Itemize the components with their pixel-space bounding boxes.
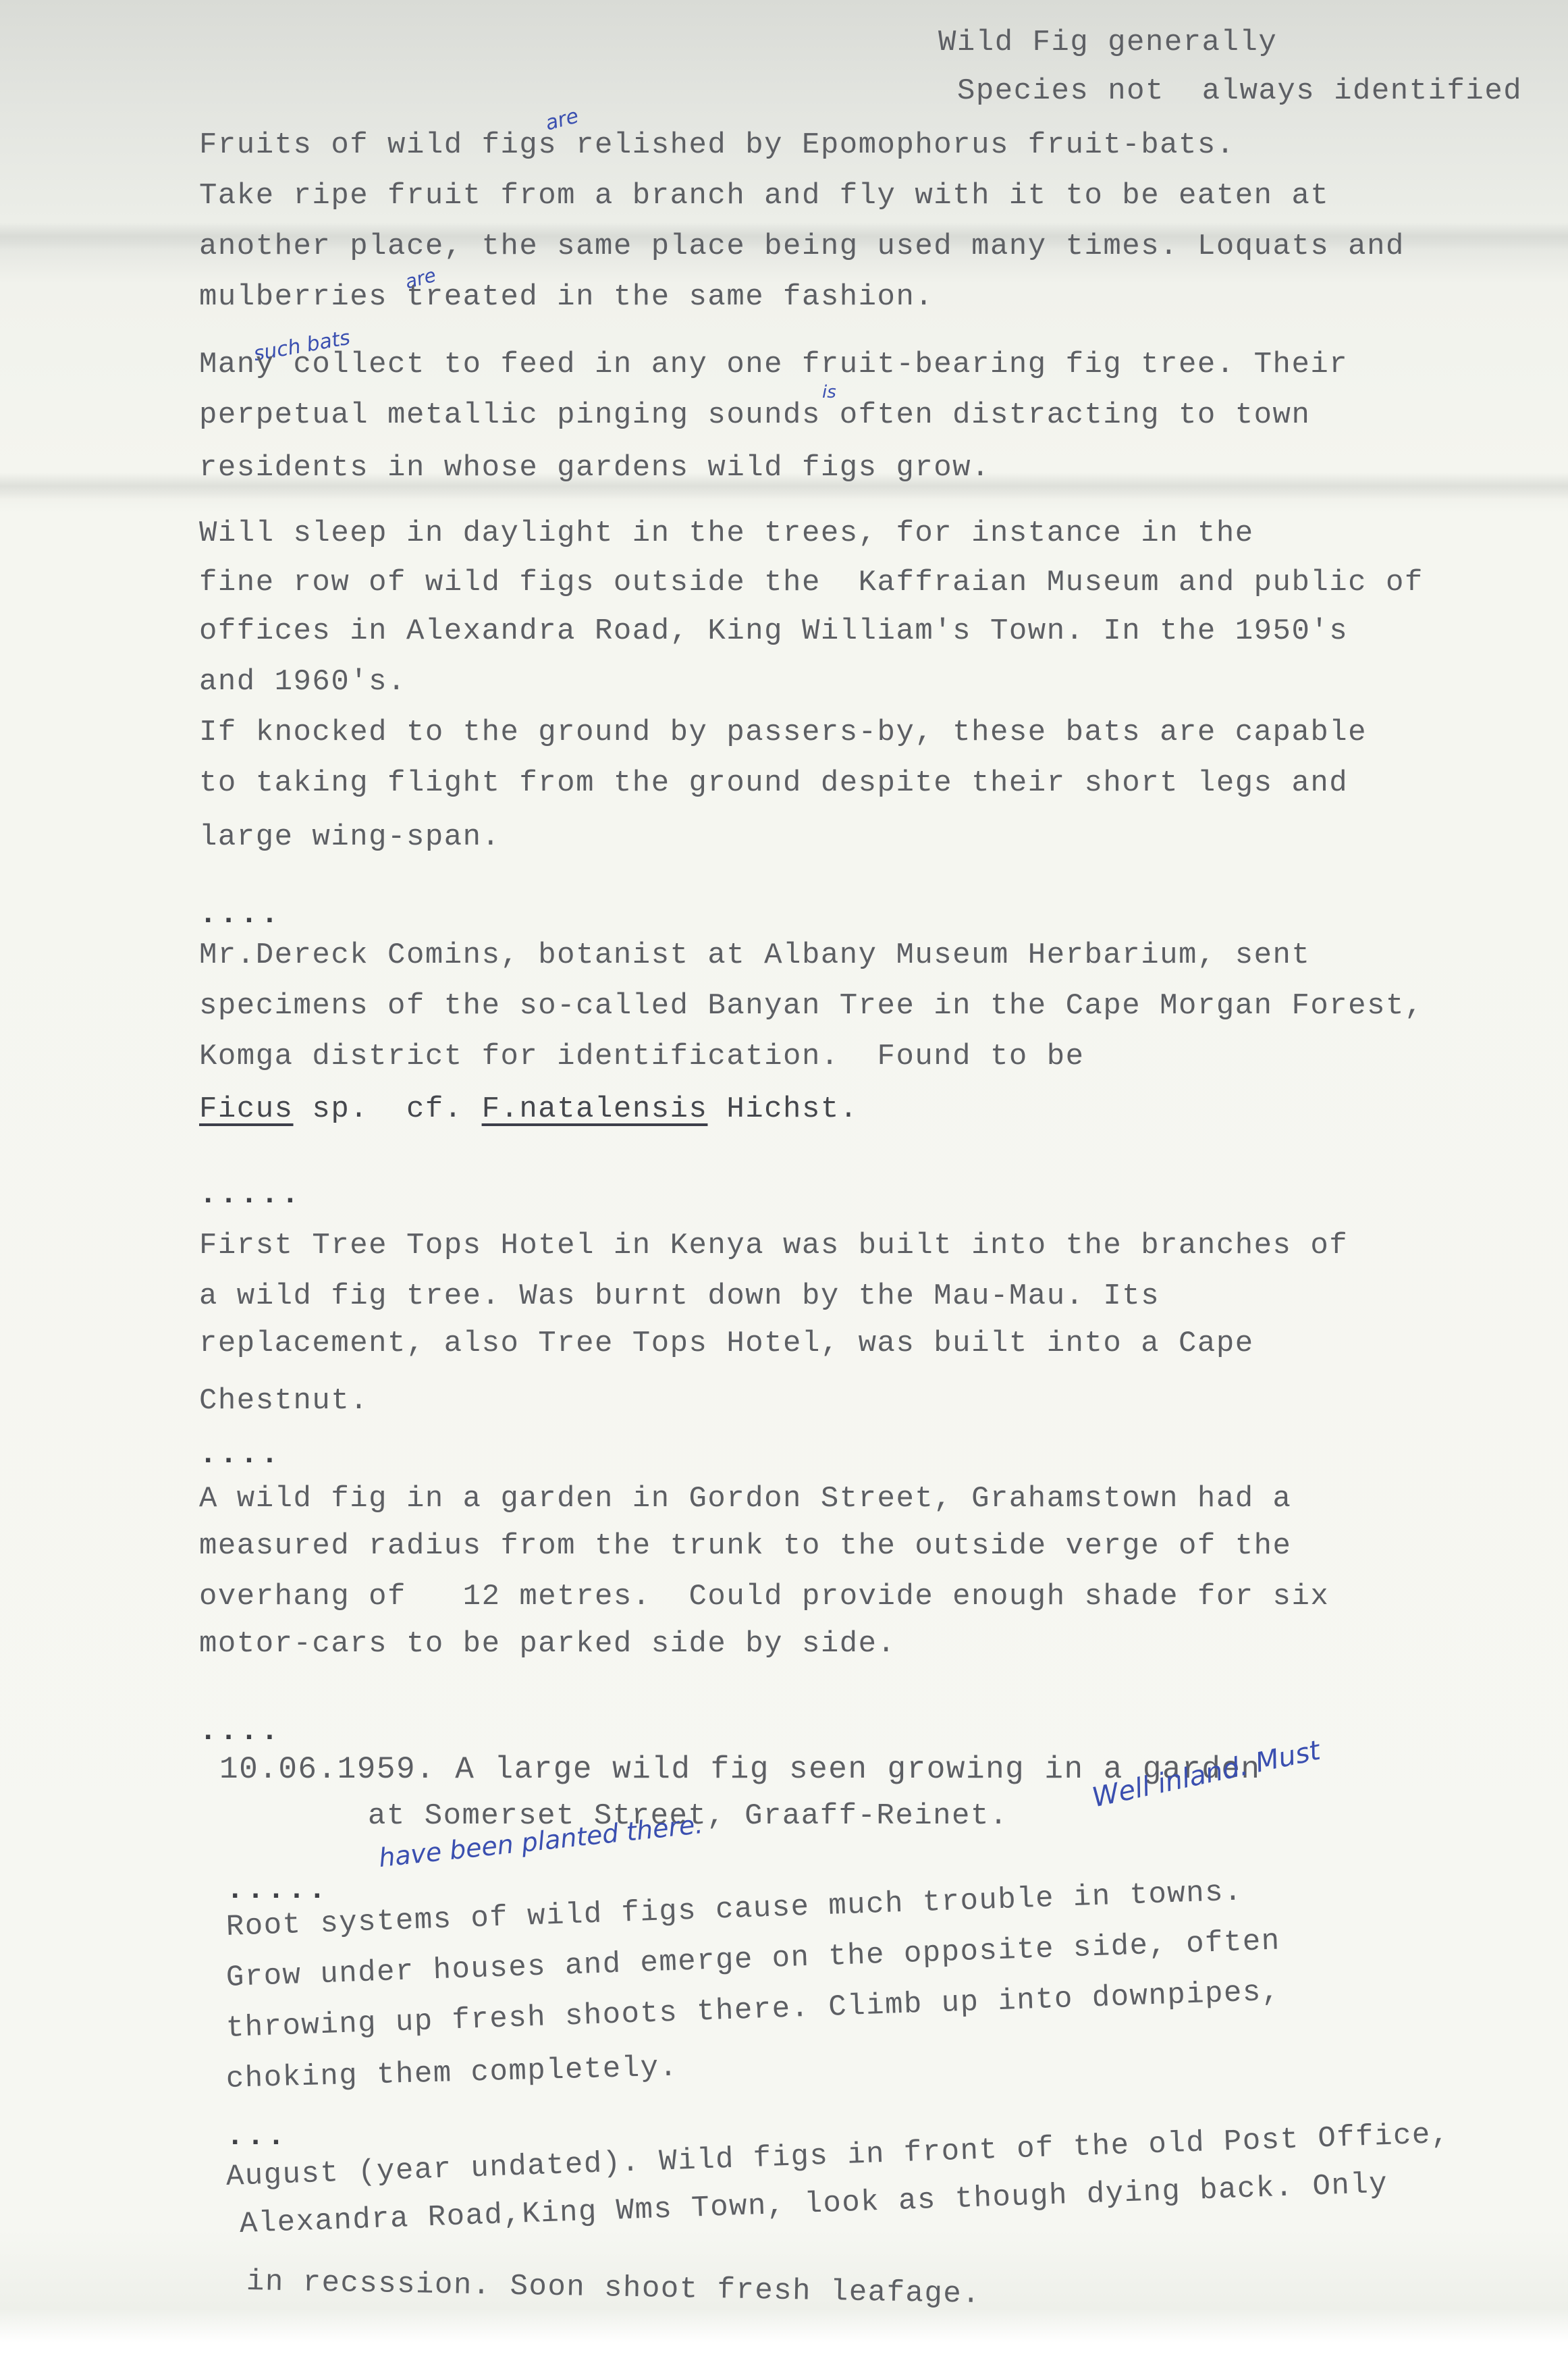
text-line: Mr.Dereck Comins, botanist at Albany Mus…: [199, 938, 1310, 972]
text-line: Many collect to feed in any one fruit-be…: [199, 348, 1348, 381]
text-line: fine row of wild figs outside the Kaffra…: [199, 566, 1424, 600]
text-line: large wing-span.: [199, 820, 500, 854]
text-line: measured radius from the trunk to the ou…: [199, 1529, 1291, 1563]
text-line: a wild fig tree. Was burnt down by the M…: [199, 1279, 1160, 1313]
text-line: Will sleep in daylight in the trees, for…: [199, 516, 1254, 550]
text-line: Komga district for identification. Found…: [199, 1040, 1085, 1073]
document-subtitle: Species not always identified: [957, 74, 1522, 108]
text-line: Take ripe fruit from a branch and fly wi…: [199, 179, 1329, 213]
species-line: Ficus sp. cf. F.natalensis Hichst.: [199, 1092, 859, 1126]
separator-dots: .....: [226, 1873, 329, 1907]
separator-dots: .....: [199, 1178, 302, 1212]
text-line: and 1960's.: [199, 665, 406, 699]
text-line: mulberries treated in the same fashion.: [199, 280, 934, 314]
text-line: specimens of the so-called Banyan Tree i…: [199, 989, 1424, 1023]
text-line: A wild fig in a garden in Gordon Street,…: [199, 1482, 1291, 1516]
text-line: residents in whose gardens wild figs gro…: [199, 451, 990, 485]
species-author: Hichst.: [707, 1092, 858, 1126]
text-line: perpetual metallic pinging sounds often …: [199, 398, 1310, 432]
document-title: Wild Fig generally: [938, 26, 1277, 59]
separator-dots: ....: [199, 1715, 281, 1749]
species-genus: Ficus: [199, 1092, 294, 1126]
text-line: Fruits of wild figs relished by Epomopho…: [199, 128, 1235, 162]
species-qualifier: sp. cf.: [294, 1092, 482, 1126]
text-line: overhang of 12 metres. Could provide eno…: [199, 1580, 1329, 1614]
text-line: Chestnut.: [199, 1384, 369, 1418]
species-name: F.natalensis: [482, 1092, 708, 1126]
separator-dots: ...: [226, 2120, 288, 2154]
text-line: offices in Alexandra Road, King William'…: [199, 614, 1348, 648]
text-line: to taking flight from the ground despite…: [199, 766, 1348, 800]
separator-dots: ....: [199, 898, 281, 932]
text-line: another place, the same place being used…: [199, 230, 1405, 263]
text-line: replacement, also Tree Tops Hotel, was b…: [199, 1327, 1254, 1360]
text-line: motor-cars to be parked side by side.: [199, 1627, 896, 1661]
separator-dots: ....: [199, 1438, 281, 1472]
text-line: First Tree Tops Hotel in Kenya was built…: [199, 1229, 1348, 1262]
text-line: If knocked to the ground by passers-by, …: [199, 716, 1367, 749]
